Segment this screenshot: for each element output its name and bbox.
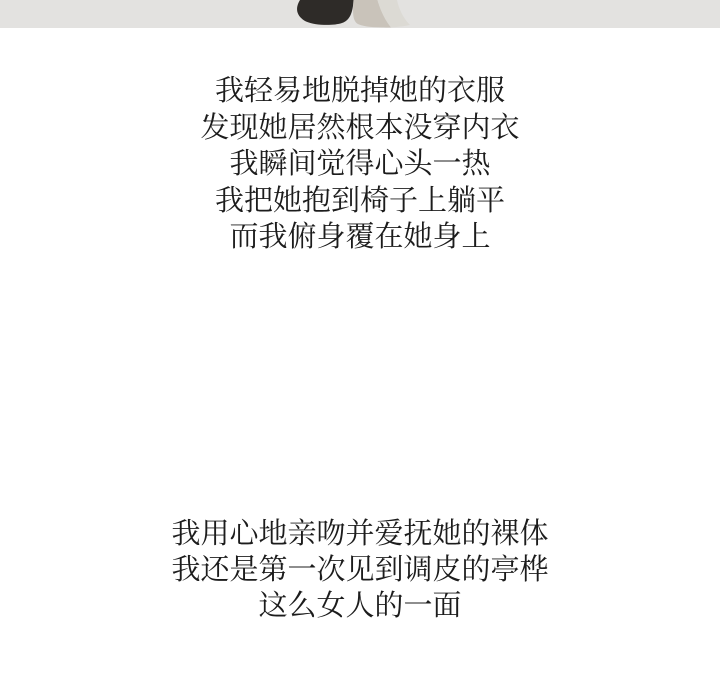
narration-block-1: 我轻易地脱掉她的衣服 发现她居然根本没穿内衣 我瞬间觉得心头一热 我把她抱到椅子…	[0, 72, 720, 255]
comic-panel-bottom-fragment	[0, 0, 720, 28]
narration-line: 我瞬间觉得心头一热	[0, 145, 720, 182]
webtoon-page: 我轻易地脱掉她的衣服 发现她居然根本没穿内衣 我瞬间觉得心头一热 我把她抱到椅子…	[0, 0, 720, 700]
narration-line: 我把她抱到椅子上躺平	[0, 182, 720, 219]
narration-line: 而我俯身覆在她身上	[0, 218, 720, 255]
narration-line: 这么女人的一面	[0, 587, 720, 623]
shoe-tip-illustration	[0, 0, 720, 28]
shoe-toe-dark-shape	[297, 0, 353, 25]
narration-line: 我轻易地脱掉她的衣服	[0, 72, 720, 109]
narration-block-2: 我用心地亲吻并爱抚她的裸体 我还是第一次见到调皮的亭桦 这么女人的一面	[0, 515, 720, 623]
narration-line: 我还是第一次见到调皮的亭桦	[0, 551, 720, 587]
narration-line: 发现她居然根本没穿内衣	[0, 109, 720, 146]
narration-line: 我用心地亲吻并爱抚她的裸体	[0, 515, 720, 551]
